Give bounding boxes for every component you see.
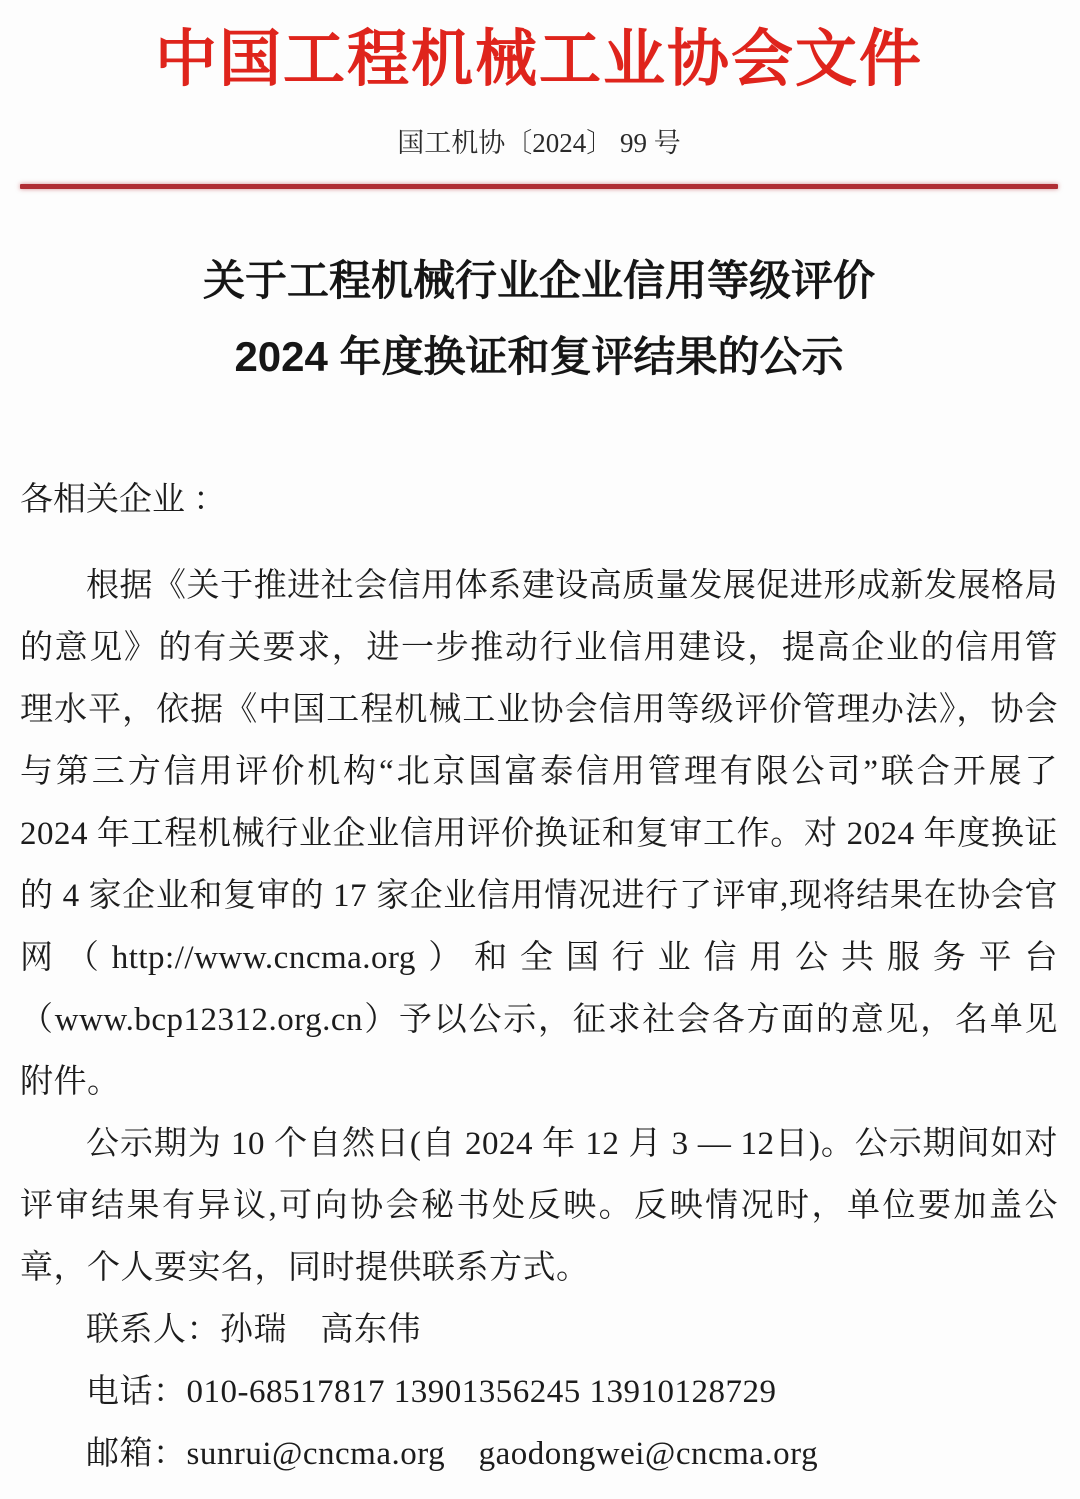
salutation: 各相关企业 ：	[20, 469, 1058, 531]
red-divider-line	[20, 184, 1058, 189]
doc-number: 国工机协〔2024〕 99 号	[20, 124, 1058, 162]
document-body: 根据《关于推进社会信用体系建设高质量发展促进形成新发展格局的意见》的有关要求，进…	[20, 555, 1058, 1299]
paragraph-1: 根据《关于推进社会信用体系建设高质量发展促进形成新发展格局的意见》的有关要求，进…	[20, 555, 1058, 1113]
contact-person-line: 联系人：孙瑞 高东伟	[20, 1299, 1058, 1361]
paragraph-2: 公示期为 10 个自然日(自 2024 年 12 月 3 — 12日)。公示期间…	[20, 1113, 1058, 1299]
doc-title-line2: 2024 年度换证和复评结果的公示	[20, 319, 1058, 395]
contact-phone-line: 电话：010-68517817 13901356245 13910128729	[20, 1361, 1058, 1423]
document-page: 中国工程机械工业协会文件 国工机协〔2024〕 99 号 关于工程机械行业企业信…	[0, 0, 1080, 1499]
org-header-title: 中国工程机械工业协会文件	[20, 24, 1058, 96]
doc-title: 关于工程机械行业企业信用等级评价 2024 年度换证和复评结果的公示	[20, 243, 1058, 395]
doc-title-line1: 关于工程机械行业企业信用等级评价	[20, 243, 1058, 319]
contact-email-line: 邮箱：sunrui@cncma.org gaodongwei@cncma.org	[20, 1423, 1058, 1485]
